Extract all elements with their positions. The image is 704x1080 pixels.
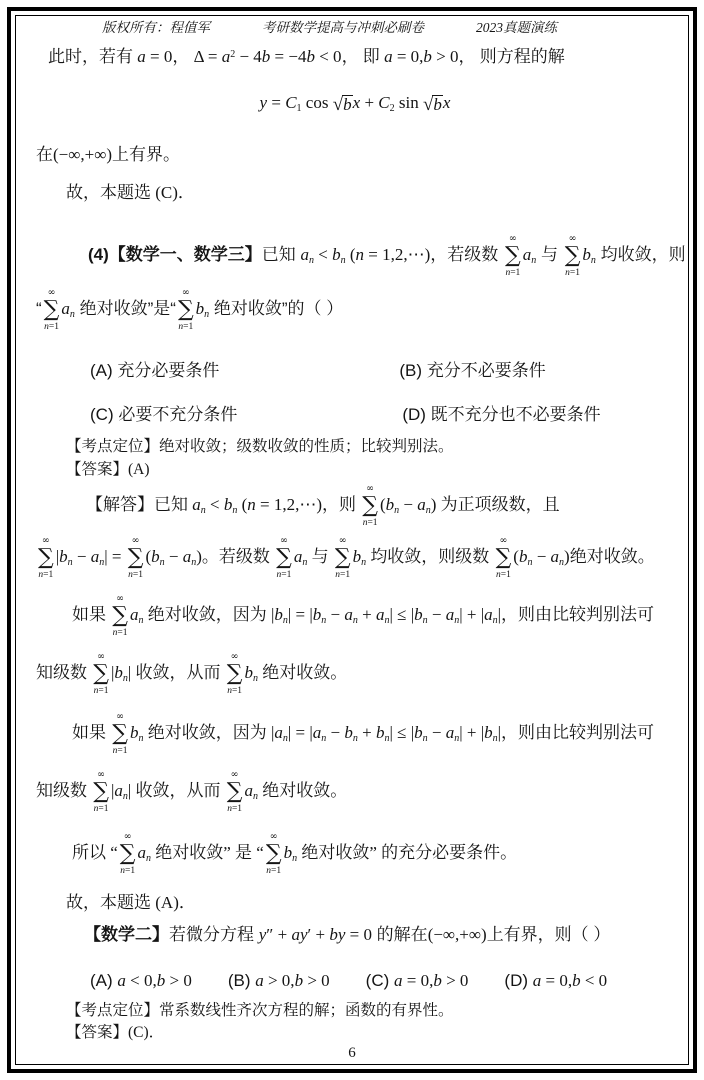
math-run: bn xyxy=(284,843,298,862)
math-run: an xyxy=(130,605,144,624)
text-run: ，则由比较判别法可 xyxy=(501,605,654,624)
text-run: 故，本题选 (A)． xyxy=(66,893,196,912)
math-run: x xyxy=(443,93,451,112)
math-run: (bn − an) xyxy=(380,495,436,514)
text-run: 收敛，从而 xyxy=(131,781,225,800)
sqrt-radical: √b xyxy=(333,95,353,114)
math-run: |an| = |an − bn + bn| ≤ |bn − an| + |bn| xyxy=(271,723,501,742)
math-run: bn xyxy=(130,723,144,742)
q4-statement-2: “∞∑n=1an 绝对收敛”是“∞∑n=1bn 绝对收敛”的（ ） xyxy=(36,288,674,332)
math-run: a = 0,b > 0 xyxy=(384,47,458,66)
text-run: 此时，若有 xyxy=(48,47,137,66)
text-run: 所以 “ xyxy=(72,843,118,862)
summation-symbol: ∞∑n=1 xyxy=(38,536,54,580)
text-run: 为正项级数，且 xyxy=(436,495,559,514)
bold-text-run: (4)【数学一、数学三】 xyxy=(88,245,262,264)
text-run: 上有界，则（ ） xyxy=(487,925,611,944)
q4-sol-1: 【解答】已知 an < bn (n = 1,2,⋯)，则 ∞∑n=1(bn − … xyxy=(86,484,674,528)
text-run: 绝对收敛”是“ xyxy=(75,299,176,318)
text-run: (B) xyxy=(228,971,255,990)
math-run: bn xyxy=(196,299,210,318)
q4-sol-4: 知级数 ∞∑n=1|bn| 收敛，从而 ∞∑n=1bn 绝对收敛。 xyxy=(36,652,674,696)
summation-symbol: ∞∑n=1 xyxy=(93,652,109,696)
summation-symbol: ∞∑n=1 xyxy=(128,536,144,580)
text-run: (C) 必要不充分条件 xyxy=(90,405,237,424)
math-run: Δ = a2 − 4b = −4b < 0 xyxy=(194,47,342,66)
text-run: 绝对收敛。 xyxy=(258,781,347,800)
text-run: 【答案】(A) xyxy=(66,461,150,478)
text-run: 均收敛，则 xyxy=(596,245,686,264)
text-run: 与 xyxy=(536,245,562,264)
text-run: 均收敛，则级数 xyxy=(366,547,494,566)
math-run: |an| xyxy=(111,781,131,800)
text-run: 绝对收敛，因为 xyxy=(143,723,271,742)
header-edition: 2023真题演练 xyxy=(476,16,557,36)
summation-symbol: ∞∑n=1 xyxy=(335,536,351,580)
document-body: 此时，若有 a = 0， Δ = a2 − 4b = −4b < 0， 即 a … xyxy=(36,36,674,1056)
prev-solution-choice: 故，本题选 (C)． xyxy=(66,180,674,206)
summation-symbol: ∞∑n=1 xyxy=(227,652,243,696)
summation-symbol: ∞∑n=1 xyxy=(112,712,128,756)
prev-solution-bounded: 在(−∞,+∞)上有界。 xyxy=(36,142,674,168)
summation-symbol: ∞∑n=1 xyxy=(505,234,521,278)
text-run: (D) 既不充分也不必要条件 xyxy=(402,405,600,424)
text-run: 。若级数 xyxy=(202,547,274,566)
text-run: ，则 xyxy=(322,495,360,514)
q4-sol-3: 如果 ∞∑n=1an 绝对收敛，因为 |bn| = |bn − an + an|… xyxy=(72,594,674,638)
text-run: ， xyxy=(172,47,193,66)
math-run: an xyxy=(61,299,75,318)
q4-options-row-2: (C) 必要不充分条件(D) 既不充分也不必要条件 xyxy=(90,402,674,428)
q4-options-row-1: (A) 充分必要条件(B) 充分不必要条件 xyxy=(90,358,674,384)
page-header: 版权所有：程值军 考研数学提高与冲刺必刷卷 2023真题演练 xyxy=(36,16,670,36)
text-run: 绝对收敛。 xyxy=(258,663,347,682)
q5-options-row: (A) a < 0,b > 0(B) a > 0,b > 0(C) a = 0,… xyxy=(90,968,674,994)
summation-symbol: ∞∑n=1 xyxy=(178,288,194,332)
text-run: 绝对收敛。 xyxy=(570,547,655,566)
math-run: bn xyxy=(245,663,259,682)
prev-solution-formula: y = C1 cos √bx + C2 sin √bx xyxy=(36,90,674,122)
math-run: bn xyxy=(582,245,596,264)
header-copyright: 版权所有：程值军 xyxy=(102,16,210,36)
q4-keypoints: 【考点定位】绝对收敛；级数收敛的性质；比较判别法。 xyxy=(66,436,674,458)
q4-answer: 【答案】(A) xyxy=(66,458,674,482)
summation-symbol: ∞∑n=1 xyxy=(565,234,581,278)
text-run: 收敛，从而 xyxy=(131,663,225,682)
text-run: 【考点定位】常系数线性齐次方程的解；函数的有界性。 xyxy=(66,1002,454,1019)
summation-symbol: ∞∑n=1 xyxy=(93,770,109,814)
q4-statement: (4)【数学一、数学三】已知 an < bn (n = 1,2,⋯)，若级数 ∞… xyxy=(88,234,674,278)
math-run: an xyxy=(523,245,537,264)
text-run: (D) xyxy=(504,971,532,990)
math-run: |bn| xyxy=(111,663,131,682)
math-run: y = C1 xyxy=(260,93,306,112)
text-run: ，若级数 xyxy=(430,245,503,264)
text-run: 【考点定位】绝对收敛；级数收敛的性质；比较判别法。 xyxy=(66,438,454,455)
summation-symbol: ∞∑n=1 xyxy=(496,536,512,580)
math-run: (−∞,+∞) xyxy=(428,925,487,944)
math-run: (bn − an) xyxy=(513,547,569,566)
q5-keypoints: 【考点定位】常系数线性齐次方程的解；函数的有界性。 xyxy=(66,1000,674,1022)
math-run: bn xyxy=(353,547,367,566)
math-run: a = 0,b > 0 xyxy=(394,971,468,990)
q4-sol-2: ∞∑n=1|bn − an| = ∞∑n=1(bn − an)。若级数 ∞∑n=… xyxy=(36,536,674,580)
text-run: “ xyxy=(36,299,42,318)
text-run: 的解在 xyxy=(372,925,428,944)
text-run: (A) 充分必要条件 xyxy=(90,361,219,380)
math-run: an < bn (n = 1,2,⋯) xyxy=(192,495,322,514)
math-run: y″ + ay′ + by = 0 xyxy=(259,925,372,944)
math-run: (bn − an) xyxy=(145,547,201,566)
math-run: |bn − an| = xyxy=(56,547,126,566)
sqrt-radical: √b xyxy=(423,95,443,114)
math-run: |bn| = |bn − an + an| ≤ |bn − an| + |an| xyxy=(271,605,501,624)
math-run: a < 0,b > 0 xyxy=(117,971,191,990)
summation-symbol: ∞∑n=1 xyxy=(266,832,282,876)
math-run: (−∞,+∞) xyxy=(53,145,112,164)
q5-answer: 【答案】(C)． xyxy=(66,1022,674,1044)
math-run: an xyxy=(245,781,259,800)
math-run: an < bn (n = 1,2,⋯) xyxy=(301,245,431,264)
text-run: 【答案】(C)． xyxy=(66,1024,164,1041)
text-run: 若微分方程 xyxy=(169,925,259,944)
text-run: 绝对收敛”的（ ） xyxy=(209,299,343,318)
text-run: 与 xyxy=(307,547,333,566)
text-run: 如果 xyxy=(72,605,110,624)
text-run: sin xyxy=(399,93,423,112)
q4-sol-6: 知级数 ∞∑n=1|an| 收敛，从而 ∞∑n=1an 绝对收敛。 xyxy=(36,770,674,814)
math-run: an xyxy=(138,843,152,862)
q4-choice: 故，本题选 (A)． xyxy=(66,890,674,916)
text-run: 上有界。 xyxy=(112,145,180,164)
summation-symbol: ∞∑n=1 xyxy=(276,536,292,580)
text-run: ， 即 xyxy=(342,47,385,66)
q4-sol-conclusion: 所以 “∞∑n=1an 绝对收敛” 是 “∞∑n=1bn 绝对收敛” 的充分必要… xyxy=(72,832,674,876)
q5-statement: 【数学二】若微分方程 y″ + ay′ + by = 0 的解在(−∞,+∞)上… xyxy=(84,922,674,948)
page-number: 6 xyxy=(0,1045,704,1062)
text-run: 知级数 xyxy=(36,781,91,800)
math-run: x + C2 xyxy=(353,93,399,112)
text-run: (B) 充分不必要条件 xyxy=(399,361,545,380)
text-run: 绝对收敛” 是 “ xyxy=(151,843,264,862)
summation-symbol: ∞∑n=1 xyxy=(362,484,378,528)
text-run: ，则由比较判别法可 xyxy=(501,723,654,742)
text-run: 如果 xyxy=(72,723,110,742)
text-run: ， 则方程的解 xyxy=(459,47,565,66)
text-run: (C) xyxy=(366,971,394,990)
text-run: cos xyxy=(306,93,333,112)
text-run: 绝对收敛” 的充分必要条件。 xyxy=(297,843,517,862)
text-run: 在 xyxy=(36,145,53,164)
summation-symbol: ∞∑n=1 xyxy=(112,594,128,638)
summation-symbol: ∞∑n=1 xyxy=(44,288,60,332)
bold-text-run: 【数学二】 xyxy=(84,925,169,944)
math-run: a = 0,b < 0 xyxy=(533,971,607,990)
text-run: 故，本题选 (C)． xyxy=(66,183,195,202)
prev-solution-case: 此时，若有 a = 0， Δ = a2 − 4b = −4b < 0， 即 a … xyxy=(48,42,674,70)
text-run: 绝对收敛，因为 xyxy=(143,605,271,624)
text-run: (A) xyxy=(90,971,117,990)
math-run: a > 0,b > 0 xyxy=(255,971,329,990)
math-run: a = 0 xyxy=(137,47,172,66)
text-run: 知级数 xyxy=(36,663,91,682)
summation-symbol: ∞∑n=1 xyxy=(120,832,136,876)
q4-sol-5: 如果 ∞∑n=1bn 绝对收敛，因为 |an| = |an − bn + bn|… xyxy=(72,712,674,756)
text-run: 【解答】已知 xyxy=(86,495,192,514)
math-run: an xyxy=(294,547,308,566)
header-title: 考研数学提高与冲刺必刷卷 xyxy=(262,16,424,36)
text-run: 已知 xyxy=(262,245,301,264)
summation-symbol: ∞∑n=1 xyxy=(227,770,243,814)
